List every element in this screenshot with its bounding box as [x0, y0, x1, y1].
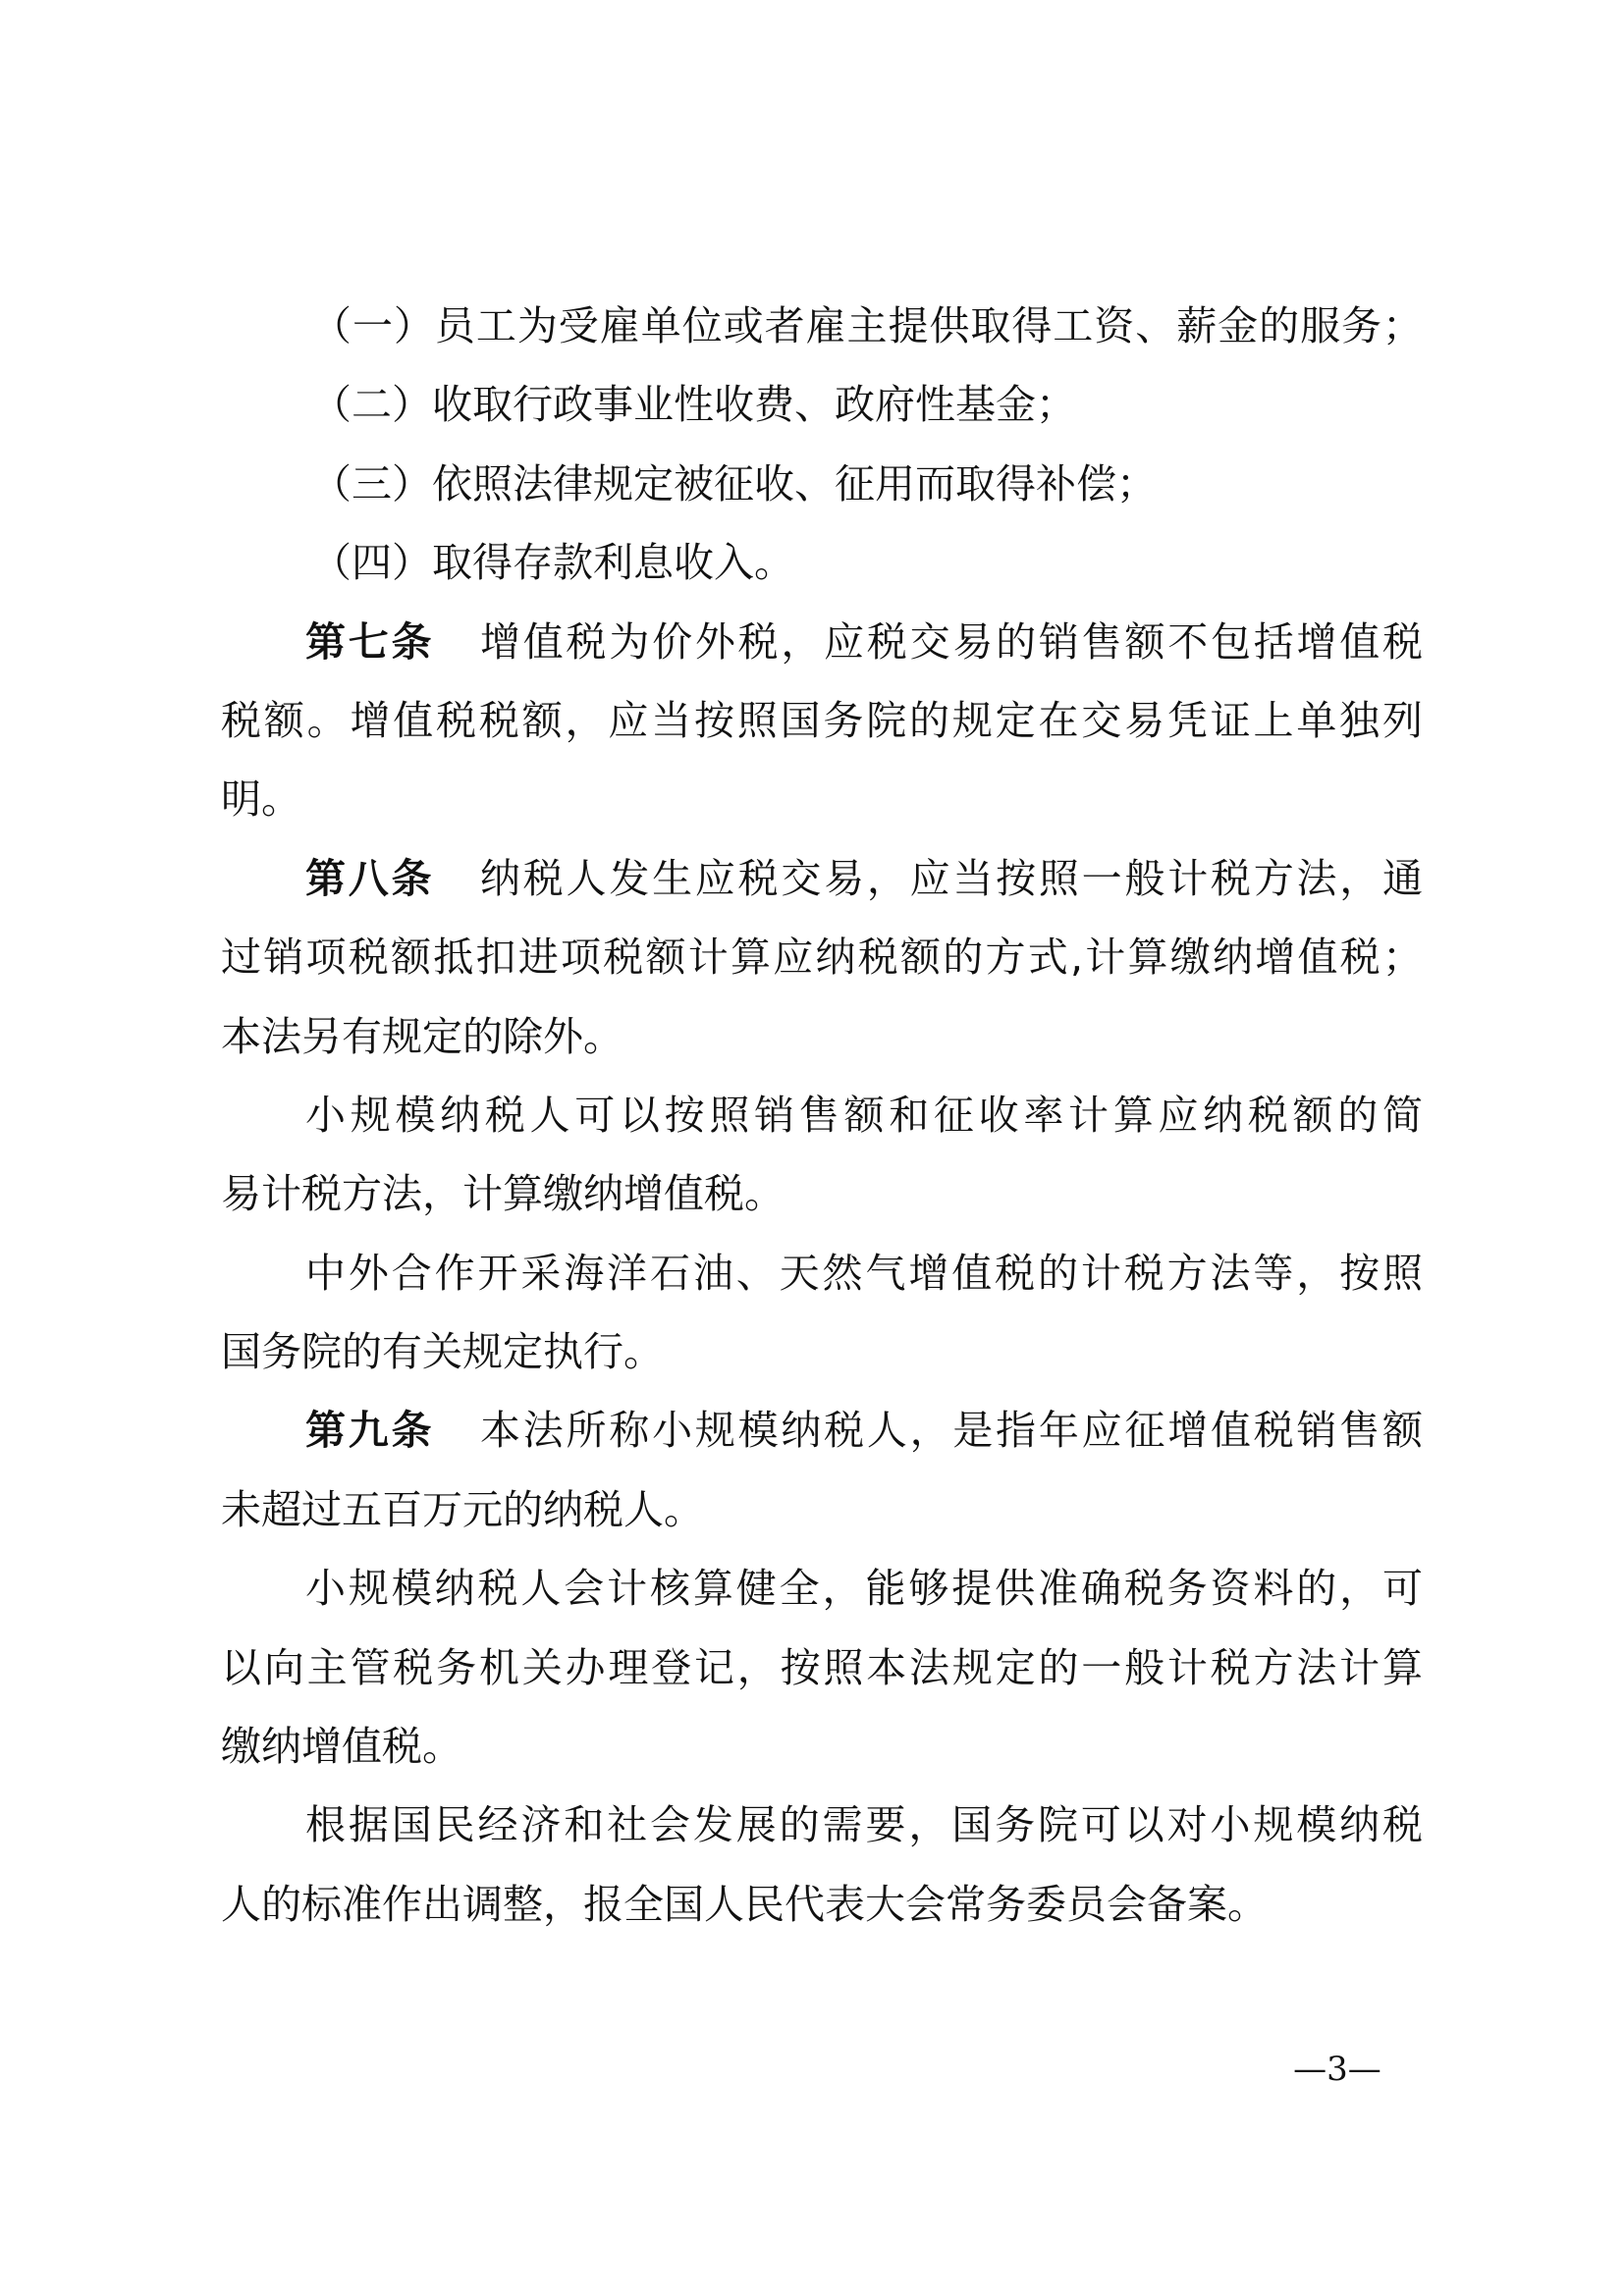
article-8-line-1: 第八条纳税人发生应税交易，应当按照一般计税方法，通 — [221, 839, 1423, 918]
article-9-para3-line-1: 根据国民经济和社会发展的需要，国务院可以对小规模纳税 — [221, 1786, 1423, 1864]
list-item-2: （二）收取行政事业性收费、政府性基金； — [221, 365, 1423, 444]
article-9-line-1: 第九条本法所称小规模纳税人，是指年应征增值税销售额 — [221, 1391, 1423, 1469]
page-number: —3— — [1288, 2050, 1386, 2089]
document-page: （一）员工为受雇单位或者雇主提供取得工资、薪金的服务； （二）收取行政事业性收费… — [0, 0, 1624, 2296]
list-item-3: （三）依照法律规定被征收、征用而取得补偿； — [221, 445, 1423, 523]
item-text: 取得存款利息收入。 — [432, 539, 794, 586]
body-text: （一）员工为受雇单位或者雇主提供取得工资、薪金的服务； （二）收取行政事业性收费… — [221, 287, 1423, 1944]
article-8-para2-line-2: 易计税方法，计算缴纳增值税。 — [221, 1154, 1423, 1233]
item-label: （一） — [311, 302, 435, 349]
article-8-para2-line-1: 小规模纳税人可以按照销售额和征收率计算应纳税额的简 — [221, 1076, 1423, 1154]
article-9-para2-line-1: 小规模纳税人会计核算健全，能够提供准确税务资料的，可 — [221, 1549, 1423, 1628]
article-9-number: 第九条 — [305, 1407, 434, 1454]
item-label: （四） — [311, 539, 432, 586]
article-9-para2-line-3: 缴纳增值税。 — [221, 1707, 1423, 1786]
article-8-para3-line-2: 国务院的有关规定执行。 — [221, 1312, 1423, 1391]
article-7-number: 第七条 — [305, 618, 434, 666]
item-text: 员工为受雇单位或者雇主提供取得工资、薪金的服务； — [435, 302, 1423, 349]
article-9-para3-line-2: 人的标准作出调整，报全国人民代表大会常务委员会备案。 — [221, 1865, 1423, 1944]
list-item-4: （四）取得存款利息收入。 — [221, 523, 1423, 602]
article-8-number: 第八条 — [305, 855, 434, 902]
article-9-para2-line-2: 以向主管税务机关办理登记，按照本法规定的一般计税方法计算 — [221, 1629, 1423, 1707]
article-9-line-2: 未超过五百万元的纳税人。 — [221, 1470, 1423, 1549]
list-item-1: （一）员工为受雇单位或者雇主提供取得工资、薪金的服务； — [221, 287, 1423, 365]
article-7-line-2: 税额。增值税税额，应当按照国务院的规定在交易凭证上单独列 — [221, 681, 1423, 760]
article-8-line-2: 过销项税额抵扣进项税额计算应纳税额的方式,计算缴纳增值税； — [221, 918, 1423, 996]
item-label: （三） — [311, 460, 432, 507]
article-8-line-3: 本法另有规定的除外。 — [221, 997, 1423, 1076]
article-7-line-3: 明。 — [221, 760, 1423, 838]
item-text: 收取行政事业性收费、政府性基金； — [432, 381, 1076, 428]
item-label: （二） — [311, 381, 432, 428]
item-text: 依照法律规定被征收、征用而取得补偿； — [432, 460, 1157, 507]
article-7-line-1: 第七条增值税为价外税，应税交易的销售额不包括增值税 — [221, 603, 1423, 681]
article-8-para3-line-1: 中外合作开采海洋石油、天然气增值税的计税方法等，按照 — [221, 1234, 1423, 1312]
